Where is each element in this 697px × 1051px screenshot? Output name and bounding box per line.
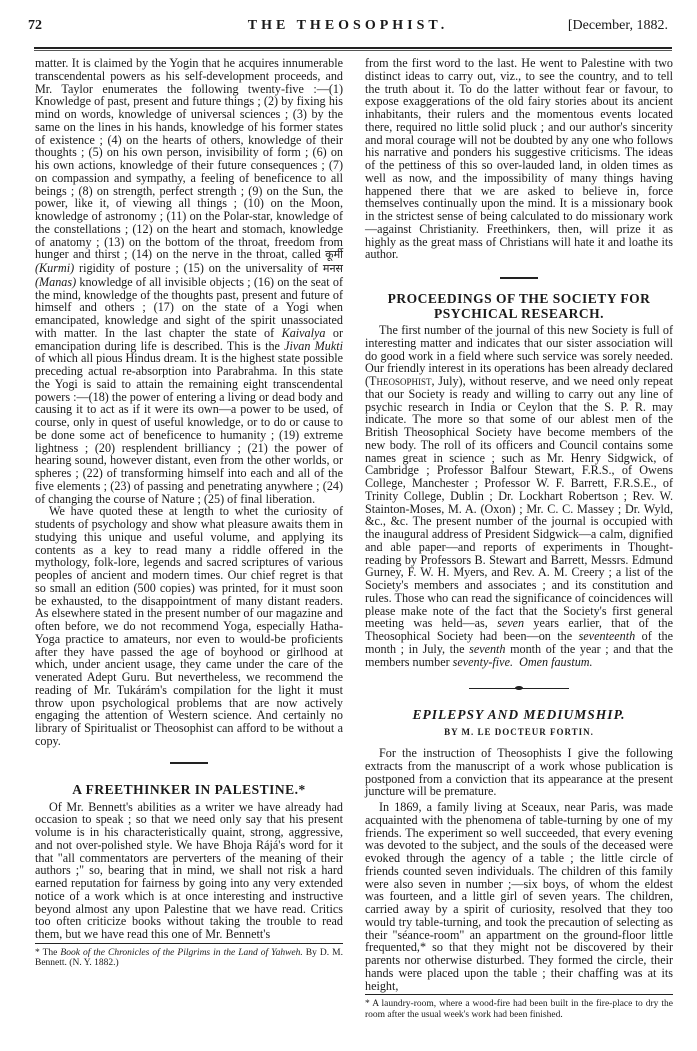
epilepsy-paragraph: In 1869, a family living at Sceaux, near… [365,801,673,992]
text-run: rigidity of posture ; (15) on the univer… [74,261,323,275]
epilepsy-footnote: * A laundry-room, where a wood-fire had … [365,999,673,1020]
freethinker-paragraph: Of Mr. Bennett's abilities as a writer w… [35,801,343,941]
italic-term: Omen faustum. [519,655,593,669]
text-run: of which all pious Hindus dream. It is t… [35,351,343,505]
epilepsy-title: EPILEPSY AND MEDIUMSHIP. [365,707,673,722]
title-line: PROCEEDINGS OF THE SOCIETY FOR [388,291,651,306]
title-line: PSYCHICAL RESEARCH. [434,306,604,321]
text-run: matter. It is claimed by the Yogin that … [35,56,343,261]
left-column: matter. It is claimed by the Yogin that … [35,57,343,969]
epilepsy-intro-paragraph: For the instruction of Theosophists I gi… [365,747,673,798]
page-header: 72 THE THEOSOPHIST. [December, 1882. [28,18,668,38]
freethinker-continued-paragraph: from the first word to the last. He went… [365,57,673,261]
epilepsy-byline: BY M. LE DOCTEUR FORTIN. [365,726,673,739]
devanagari: मनस [323,262,343,275]
right-column: from the first word to the last. He went… [365,57,673,1020]
text-run: , July), without reserve, and we need on… [365,374,673,630]
yoga-powers-paragraph: matter. It is claimed by the Yogin that … [35,57,343,505]
header-rule [34,47,672,51]
freethinker-footnote: * The Book of the Chronicles of the Pilg… [35,948,343,969]
review-conclusion-paragraph: We have quoted these at length to whet t… [35,505,343,747]
issue-date: [December, 1882. [568,18,668,34]
devanagari: कूर्मी [325,248,343,261]
text-run: * The [35,948,60,958]
italic-term: (Kurmi) [35,261,74,275]
italic-term: seventy-five. [453,655,513,669]
freethinker-title: A FREETHINKER IN PALESTINE.* [35,782,343,797]
ornamental-divider [469,688,569,689]
italic-term: Book of the Chronicles of the Pilgrims i… [60,948,302,958]
spr-paragraph: The first number of the journal of this … [365,324,673,668]
footnote-rule [365,994,673,995]
footnote-rule [35,943,343,944]
spr-title: PROCEEDINGS OF THE SOCIETY FORPSYCHICAL … [365,291,673,321]
